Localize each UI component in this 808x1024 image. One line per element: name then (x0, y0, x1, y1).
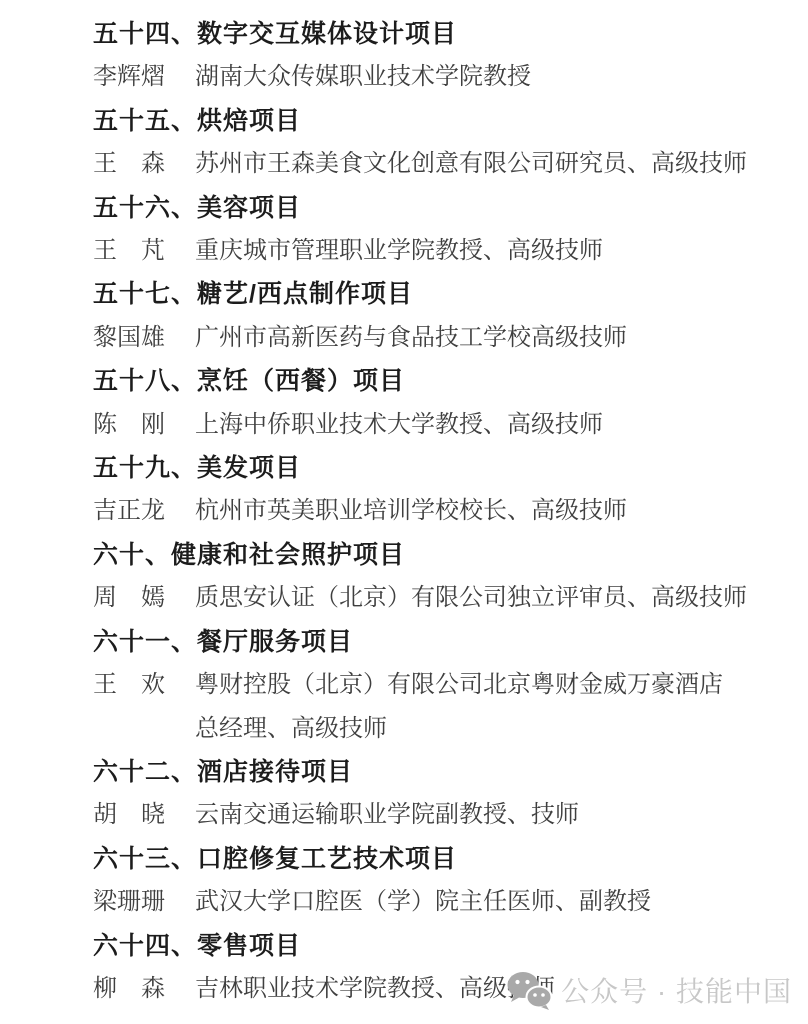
section-heading: 六十一、餐厅服务项目 (93, 621, 808, 664)
person-affiliation: 质思安认证（北京）有限公司独立评审员、高级技师 (195, 577, 747, 620)
person-row: 陈 刚 上海中侨职业技术大学教授、高级技师 (93, 404, 808, 447)
person-row: 黎国雄 广州市高新医药与食品技工学校高级技师 (93, 317, 808, 360)
person-name: 黎国雄 (93, 317, 167, 360)
section-heading: 六十二、酒店接待项目 (93, 751, 808, 794)
person-affiliation: 粤财控股（北京）有限公司北京粤财金威万豪酒店 总经理、高级技师 (195, 664, 723, 751)
person-name: 吉正龙 (93, 490, 167, 533)
section-54: 五十四、数字交互媒体设计项目 李辉熠 湖南大众传媒职业技术学院教授 (93, 13, 808, 100)
person-name: 李辉熠 (93, 56, 167, 99)
person-row: 吉正龙 杭州市英美职业培训学校校长、高级技师 (93, 490, 808, 533)
section-heading: 五十九、美发项目 (93, 447, 808, 490)
person-name: 梁珊珊 (93, 881, 167, 924)
section-62: 六十二、酒店接待项目 胡 晓 云南交通运输职业学院副教授、技师 (93, 751, 808, 838)
section-57: 五十七、糖艺/西点制作项目 黎国雄 广州市高新医药与食品技工学校高级技师 (93, 273, 808, 360)
section-heading: 六十三、口腔修复工艺技术项目 (93, 838, 808, 881)
watermark-text: 公众号 · 技能中国 (561, 970, 792, 1010)
section-58: 五十八、烹饪（西餐）项目 陈 刚 上海中侨职业技术大学教授、高级技师 (93, 360, 808, 447)
person-affiliation: 湖南大众传媒职业技术学院教授 (195, 56, 531, 99)
section-heading: 五十七、糖艺/西点制作项目 (93, 273, 808, 316)
person-name: 王 芃 (93, 230, 167, 273)
section-heading: 六十四、零售项目 (93, 925, 808, 968)
person-row: 王 欢 粤财控股（北京）有限公司北京粤财金威万豪酒店 总经理、高级技师 (93, 664, 808, 751)
person-affiliation: 广州市高新医药与食品技工学校高级技师 (195, 317, 627, 360)
document-page: 五十四、数字交互媒体设计项目 李辉熠 湖南大众传媒职业技术学院教授 五十五、烘焙… (0, 0, 808, 1024)
section-60: 六十、健康和社会照护项目 周 嫣 质思安认证（北京）有限公司独立评审员、高级技师 (93, 534, 808, 621)
person-name: 周 嫣 (93, 577, 167, 620)
section-heading: 五十五、烘焙项目 (93, 100, 808, 143)
person-name: 胡 晓 (93, 794, 167, 837)
person-row: 李辉熠 湖南大众传媒职业技术学院教授 (93, 56, 808, 99)
person-row: 周 嫣 质思安认证（北京）有限公司独立评审员、高级技师 (93, 577, 808, 620)
section-heading: 五十四、数字交互媒体设计项目 (93, 13, 808, 56)
person-affiliation: 武汉大学口腔医（学）院主任医师、副教授 (195, 881, 651, 924)
section-heading: 六十、健康和社会照护项目 (93, 534, 808, 577)
person-affiliation: 吉林职业技术学院教授、高级技师 (195, 968, 555, 1011)
section-56: 五十六、美容项目 王 芃 重庆城市管理职业学院教授、高级技师 (93, 187, 808, 274)
section-55: 五十五、烘焙项目 王 森 苏州市王森美食文化创意有限公司研究员、高级技师 (93, 100, 808, 187)
person-affiliation: 重庆城市管理职业学院教授、高级技师 (195, 230, 603, 273)
person-affiliation: 上海中侨职业技术大学教授、高级技师 (195, 404, 603, 447)
person-row: 梁珊珊 武汉大学口腔医（学）院主任医师、副教授 (93, 881, 808, 924)
watermark: 公众号 · 技能中国 (506, 970, 792, 1010)
person-name: 王 森 (93, 143, 167, 186)
person-affiliation: 杭州市英美职业培训学校校长、高级技师 (195, 490, 627, 533)
wechat-icon (506, 970, 552, 1010)
section-61: 六十一、餐厅服务项目 王 欢 粤财控股（北京）有限公司北京粤财金威万豪酒店 总经… (93, 621, 808, 751)
person-affiliation: 云南交通运输职业学院副教授、技师 (195, 794, 579, 837)
award-list: 五十四、数字交互媒体设计项目 李辉熠 湖南大众传媒职业技术学院教授 五十五、烘焙… (93, 13, 808, 1011)
person-name: 柳 森 (93, 968, 167, 1011)
person-row: 王 森 苏州市王森美食文化创意有限公司研究员、高级技师 (93, 143, 808, 186)
person-name: 陈 刚 (93, 404, 167, 447)
section-63: 六十三、口腔修复工艺技术项目 梁珊珊 武汉大学口腔医（学）院主任医师、副教授 (93, 838, 808, 925)
section-heading: 五十六、美容项目 (93, 187, 808, 230)
person-name: 王 欢 (93, 664, 167, 707)
section-heading: 五十八、烹饪（西餐）项目 (93, 360, 808, 403)
person-row: 王 芃 重庆城市管理职业学院教授、高级技师 (93, 230, 808, 273)
section-59: 五十九、美发项目 吉正龙 杭州市英美职业培训学校校长、高级技师 (93, 447, 808, 534)
person-row: 胡 晓 云南交通运输职业学院副教授、技师 (93, 794, 808, 837)
person-affiliation: 苏州市王森美食文化创意有限公司研究员、高级技师 (195, 143, 747, 186)
